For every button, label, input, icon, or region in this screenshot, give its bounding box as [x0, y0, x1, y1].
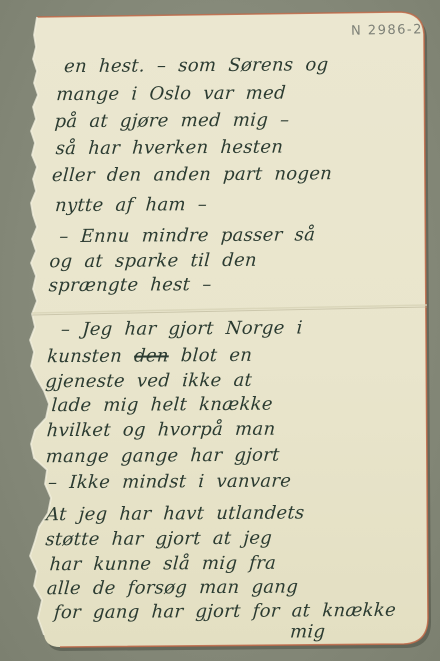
handwriting-line: for gang har gjort for at knække [53, 600, 396, 623]
handwriting-line: mange gange har gjort [45, 445, 280, 468]
handwriting-line: – Ikke mindst i vanvare [47, 471, 292, 494]
strikethrough-word: den [133, 345, 169, 366]
handwriting-line: en hest. – som Sørens og [63, 54, 329, 77]
handwriting-layer: en hest. – som Sørens og mange i Oslo va… [0, 0, 440, 661]
handwriting-line: – Jeg har gjort Norge i [60, 317, 303, 340]
handwriting-line: mig [289, 621, 326, 642]
handwriting-line: alle de forsøg man gang [46, 576, 299, 599]
handwriting-line: mange i Oslo var med [56, 83, 287, 106]
handwriting-line: på at gjøre med mig – [54, 110, 290, 133]
handwriting-line: sprængte hest – [48, 274, 212, 296]
handwriting-line: så har hverken hesten [55, 137, 284, 160]
handwriting-line: har kunne slå mig fra [49, 553, 277, 576]
handwriting-line: nytte af ham – [54, 194, 207, 216]
handwriting-line: gjeneste ved ikke at [45, 370, 253, 392]
handwriting-line: og at sparke til den [49, 250, 258, 272]
handwriting-line: kunsten den blot en [47, 345, 253, 367]
handwriting-line: støtte har gjort at jeg [45, 528, 273, 551]
handwriting-line: lade mig helt knække [51, 394, 274, 417]
handwriting-line: – Ennu mindre passer så [59, 224, 316, 247]
handwriting-line: eller den anden part nogen [51, 163, 333, 186]
line-segment: blot en [168, 345, 253, 367]
line-segment: kunsten [47, 346, 135, 368]
handwriting-line: hvilket og hvorpå man [46, 419, 276, 442]
handwriting-line: At jeg har havt utlandets [46, 502, 306, 525]
photographed-manuscript: N 2986-2 en hest. – som Sørens og mange … [0, 0, 440, 661]
